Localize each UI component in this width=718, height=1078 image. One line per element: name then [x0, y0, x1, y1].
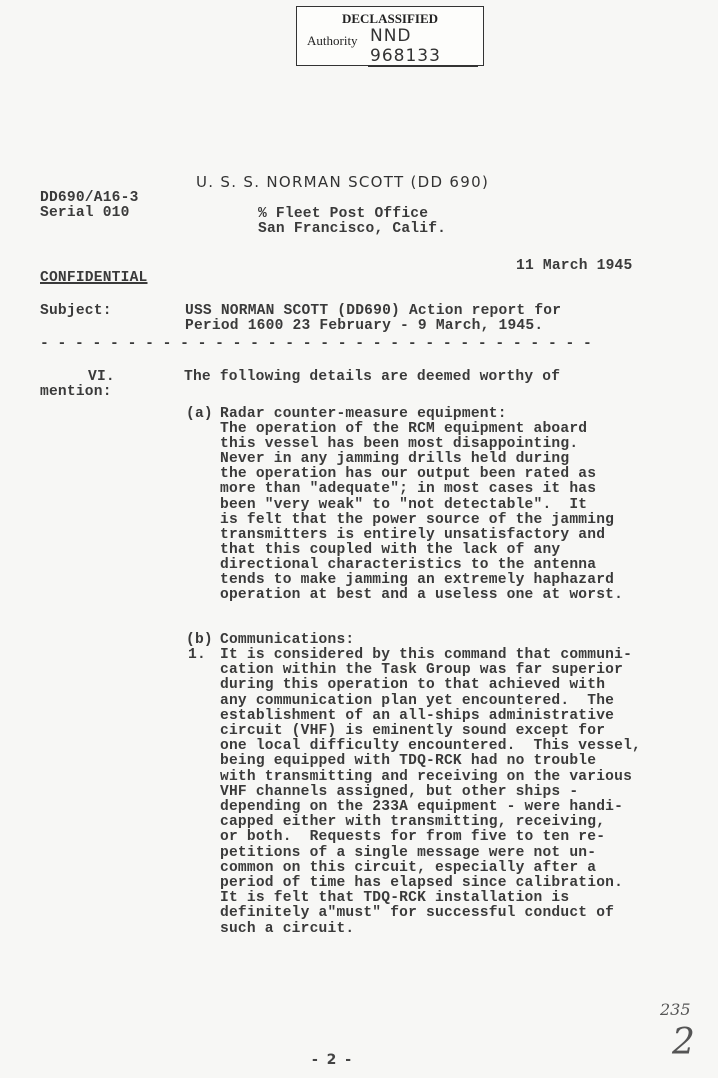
- item-b1-line: such a circuit.: [220, 921, 354, 937]
- stamp-authority-value: NND 968133: [368, 26, 478, 67]
- item-b1-line: period of time has elapsed since calibra…: [220, 875, 623, 891]
- item-b1-line: being equipped with TDQ-RCK had no troub…: [220, 753, 596, 769]
- handwritten-page-mark: 2: [672, 1022, 695, 1063]
- item-b1-marker: 1.: [188, 647, 206, 663]
- classification-marking: CONFIDENTIAL: [40, 270, 148, 286]
- letterhead: U. S. S. NORMAN SCOTT (DD 690): [196, 173, 489, 191]
- item-a-line: the operation has our output been rated …: [220, 466, 596, 482]
- stamp-authority-label: Authority: [307, 33, 358, 49]
- subject-line2: Period 1600 23 February - 9 March, 1945.: [185, 318, 543, 334]
- item-a-line: more than "adequate"; in most cases it h…: [220, 481, 596, 497]
- item-b1-line: or both. Requests for from five to ten r…: [220, 829, 605, 845]
- section-intro: The following details are deemed worthy …: [184, 369, 560, 385]
- section-number: VI.: [88, 369, 115, 385]
- item-b1-line: It is considered by this command that co…: [220, 647, 632, 663]
- address-line1: % Fleet Post Office: [258, 206, 428, 222]
- item-a-line: directional characteristics to the anten…: [220, 557, 596, 573]
- file-ref-line1: DD690/A16-3: [40, 190, 139, 206]
- item-a-line: is felt that the power source of the jam…: [220, 512, 614, 528]
- item-a-line: operation at best and a useless one at w…: [220, 587, 623, 603]
- item-b1-line: capped either with transmitting, receivi…: [220, 814, 605, 830]
- item-b1-line: It is felt that TDQ-RCK installation is: [220, 890, 569, 906]
- item-b1-line: petitions of a single message were not u…: [220, 845, 596, 861]
- item-b1-line: establishment of an all-ships administra…: [220, 708, 614, 724]
- item-a-line: tends to make jamming an extremely hapha…: [220, 572, 614, 588]
- file-ref-line2: Serial 010: [40, 205, 130, 221]
- item-b1-line: VHF channels assigned, but other ships -: [220, 784, 578, 800]
- item-a-line: that this coupled with the lack of any: [220, 542, 560, 558]
- item-b-heading: Communications:: [220, 632, 354, 648]
- item-b1-line: any communication plan yet encountered. …: [220, 693, 614, 709]
- item-a-line: The operation of the RCM equipment aboar…: [220, 421, 587, 437]
- item-b-marker: (b): [186, 632, 213, 648]
- subject-line1: USS NORMAN SCOTT (DD690) Action report f…: [185, 303, 561, 319]
- item-b1-line: depending on the 233A equipment - were h…: [220, 799, 623, 815]
- handwritten-archive-number: 235: [660, 1000, 691, 1019]
- page-number: - 2 -: [312, 1052, 353, 1068]
- item-a-marker: (a): [186, 406, 213, 422]
- item-b1-line: with transmitting and receiving on the v…: [220, 769, 632, 785]
- item-a-line: Never in any jamming drills held during: [220, 451, 569, 467]
- item-b1-line: one local difficulty encountered. This v…: [220, 738, 641, 754]
- item-b1-line: common on this circuit, especially after…: [220, 860, 596, 876]
- stamp-title: DECLASSIFIED: [297, 11, 483, 27]
- item-b1-line: during this operation to that achieved w…: [220, 677, 605, 693]
- subject-label: Subject:: [40, 303, 112, 319]
- separator-line: - - - - - - - - - - - - - - - - - - - - …: [40, 336, 592, 352]
- item-a-line: been "very weak" to "not detectable". It: [220, 497, 587, 513]
- item-a-line: transmitters is entirely unsatisfactory …: [220, 527, 605, 543]
- document-date: 11 March 1945: [516, 258, 632, 274]
- item-a-line: this vessel has been most disappointing.: [220, 436, 578, 452]
- item-b1-line: cation within the Task Group was far sup…: [220, 662, 623, 678]
- item-b1-line: circuit (VHF) is eminently sound except …: [220, 723, 605, 739]
- item-b1-line: definitely a"must" for successful conduc…: [220, 905, 614, 921]
- declassified-stamp: DECLASSIFIED Authority NND 968133: [296, 6, 484, 66]
- item-a-heading: Radar counter-measure equipment:: [220, 406, 507, 422]
- address-line2: San Francisco, Calif.: [258, 221, 446, 237]
- section-label: mention:: [40, 384, 112, 400]
